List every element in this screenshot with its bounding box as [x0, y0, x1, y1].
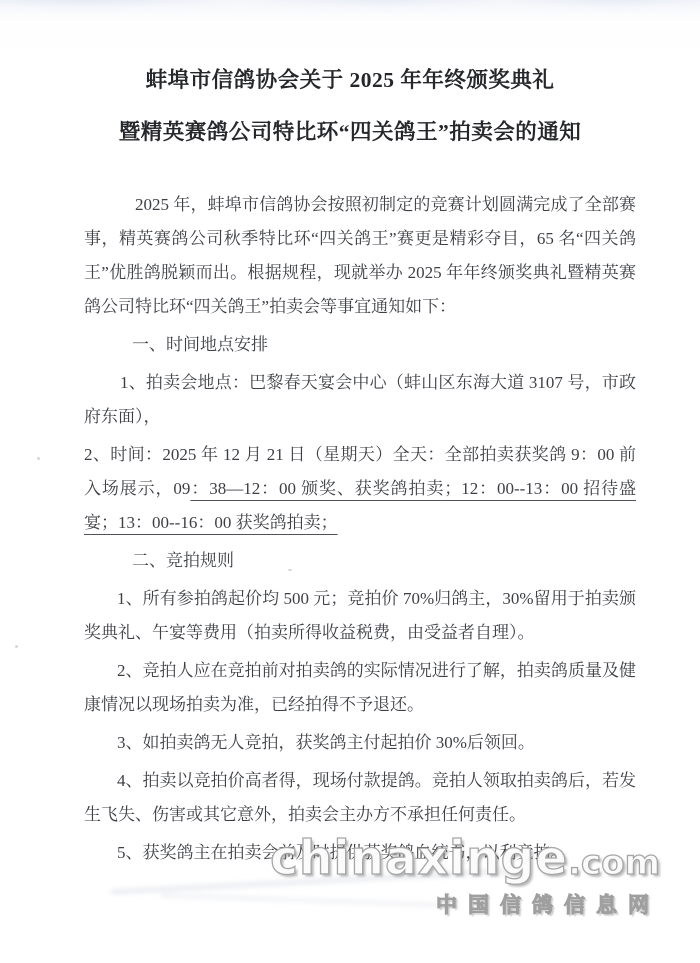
scan-edge-shading [0, 0, 700, 16]
document-body: 2025 年，蚌埠市信鸽协会按照初制定的竞赛计划圆满完成了全部赛事，精英赛鸽公司… [84, 188, 636, 870]
watermark-site-name: chinaxinge [270, 831, 568, 886]
intro-paragraph: 2025 年，蚌埠市信鸽协会按照初制定的竞赛计划圆满完成了全部赛事，精英赛鸽公司… [84, 188, 636, 324]
watermark-tld: .com [568, 843, 660, 883]
document-title: 蚌埠市信鸽协会关于 2025 年年终颁奖典礼 暨精英赛鸽公司特比环“四关鸽王”拍… [0, 0, 700, 158]
auction-rule-1: 1、所有参拍鸽起价均 500 元；竞拍价 70%归鸽主，30%留用于拍卖颁奖典礼… [84, 582, 636, 650]
document-title-line-2: 暨精英赛鸽公司特比环“四关鸽王”拍卖会的通知 [0, 106, 700, 158]
section-2-heading: 二、竞拍规则 [84, 544, 636, 578]
scan-speck [288, 569, 292, 571]
scan-speck [37, 457, 40, 460]
section-1-heading: 一、时间地点安排 [84, 328, 636, 362]
auction-rule-2: 2、竞拍人应在竞拍前对拍卖鸽的实际情况进行了解，拍卖鸽质量及健康情况以现场拍卖为… [84, 654, 636, 722]
chinaxinge-watermark: chinaxinge.com 中国信鸽信息网 [270, 836, 660, 919]
scan-speck [15, 645, 18, 648]
document-title-line-1: 蚌埠市信鸽协会关于 2025 年年终颁奖典礼 [0, 54, 700, 106]
scanned-document-page: 蚌埠市信鸽协会关于 2025 年年终颁奖典礼 暨精英赛鸽公司特比环“四关鸽王”拍… [0, 0, 700, 963]
watermark-chinese-name: 中国信鸽信息网 [270, 889, 660, 919]
watermark-site-logo: chinaxinge.com [270, 836, 660, 886]
auction-rule-3: 3、如拍卖鸽无人竞拍，获奖鸽主付起拍价 30%后领回。 [84, 726, 636, 760]
auction-rule-4: 4、拍卖以竞拍价高者得，现场付款提鸽。竞拍人领取拍卖鸽后，若发生飞失、伤害或其它… [84, 764, 636, 832]
auction-location-item: 1、拍卖会地点：巴黎春天宴会中心（蚌山区东海大道 3107 号，市政府东面）， [84, 366, 636, 434]
auction-time-item: 2、时间：2025 年 12 月 21 日（星期天）全天：全部拍卖获奖鸽 9：0… [84, 438, 636, 540]
